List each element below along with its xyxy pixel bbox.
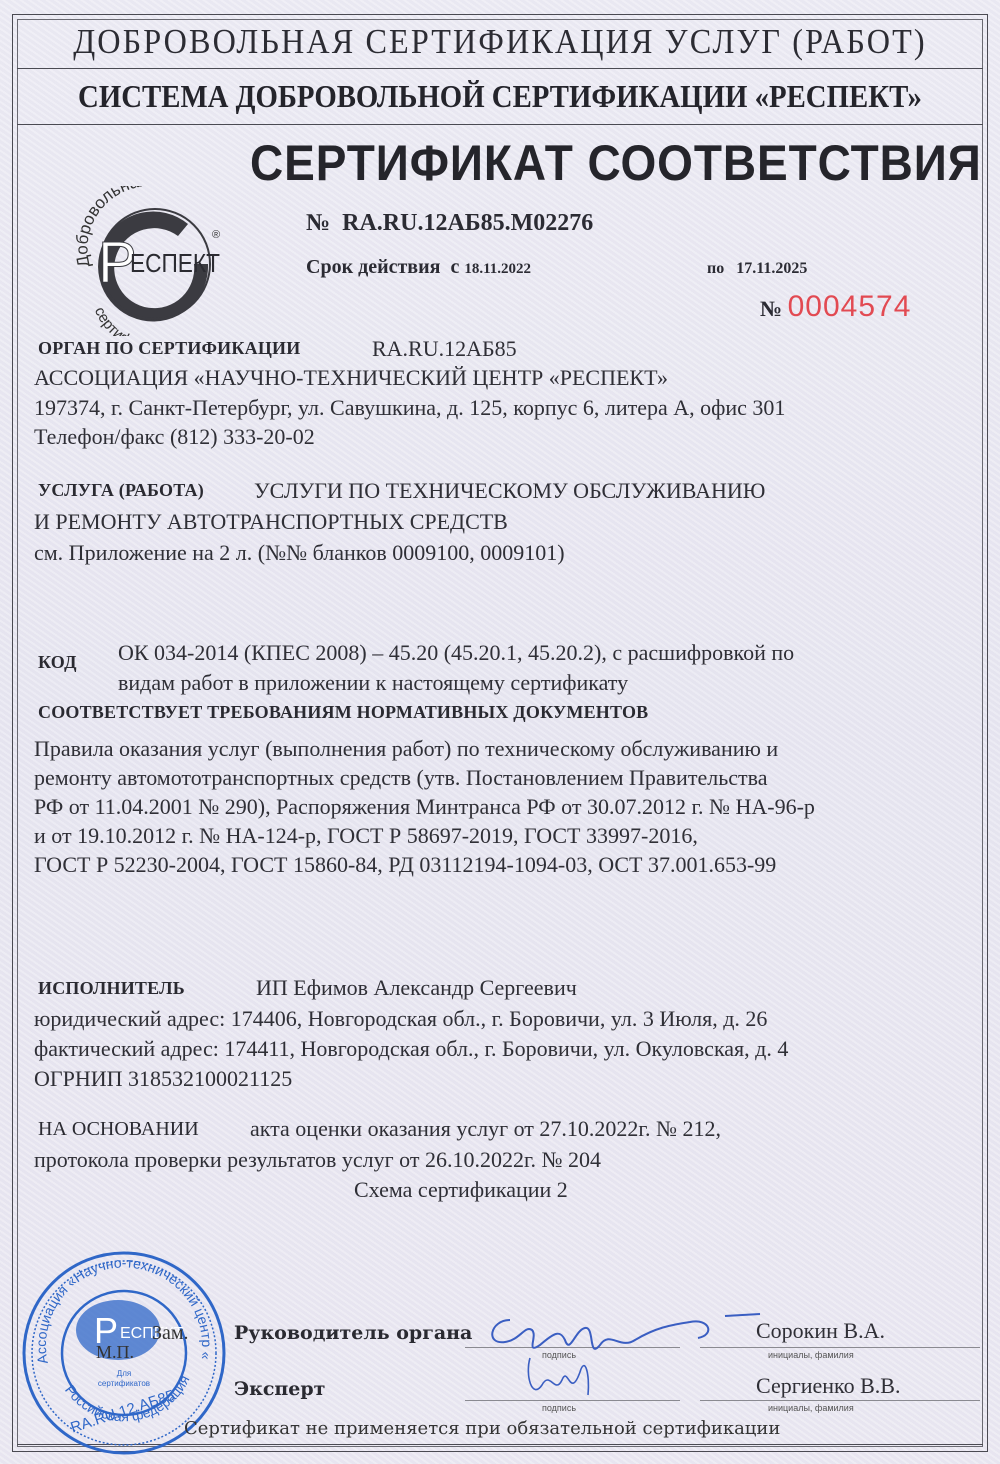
validity-label: Срок действия xyxy=(306,256,440,278)
certificate-sheet: ДОБРОВОЛЬНАЯ СЕРТИФИКАЦИЯ УСЛУГ (РАБОТ) … xyxy=(0,0,1000,1464)
valid-from-date: 18.11.2022 xyxy=(464,261,531,277)
certification-scheme: Схема сертификации 2 xyxy=(354,1177,568,1203)
certificate-number: № RA.RU.12АБ85.М02276 xyxy=(306,210,593,237)
certificate-number-value: RA.RU.12АБ85.М02276 xyxy=(342,210,593,236)
conformity-line: Правила оказания услуг (выполнения работ… xyxy=(34,736,778,762)
organ-code: RA.RU.12АБ85 xyxy=(372,336,517,362)
header-divider-1 xyxy=(17,68,983,69)
respekt-logo-icon: Добровольная сертификация Р ЕСПЕКТ ® xyxy=(70,186,240,336)
service-line-2: И РЕМОНТУ АВТОТРАНСПОРТНЫХ СРЕДСТВ xyxy=(34,509,508,535)
valid-to: по 17.11.2025 xyxy=(707,260,807,278)
header-line-1: ДОБРОВОЛЬНАЯ СЕРТИФИКАЦИЯ УСЛУГ (РАБОТ) xyxy=(40,22,960,62)
executor-ogrnip: ОГРНИП 318532100021125 xyxy=(34,1066,292,1092)
executor-actual-address: фактический адрес: 174411, Новгородская … xyxy=(34,1036,788,1062)
service-line-1: УСЛУГИ ПО ТЕХНИЧЕСКОМУ ОБСЛУЖИВАНИЮ xyxy=(254,478,765,504)
deputy-label: Зам. xyxy=(152,1322,189,1345)
conformity-line: РФ от 11.04.2001 № 290), Распоряжения Ми… xyxy=(34,794,815,820)
logo-registered: ® xyxy=(212,229,220,241)
conformity-line: ГОСТ Р 52230-2004, ГОСТ 15860-84, РД 031… xyxy=(34,852,776,878)
organ-phone: Телефон/факс (812) 333-20-02 xyxy=(34,424,315,450)
blank-number: № 0004574 xyxy=(760,290,911,324)
code-line-1: ОК 034-2014 (КПЕС 2008) – 45.20 (45.20.1… xyxy=(118,640,794,666)
seal-place-label: М.П. xyxy=(96,1342,134,1363)
expert-name: Сергиенко В.В. xyxy=(756,1373,900,1399)
conformity-line: ремонту автомототранспортных средств (ут… xyxy=(34,765,767,791)
stamp-for-certs-1: Для xyxy=(117,1369,131,1378)
organ-label: ОРГАН ПО СЕРТИФИКАЦИИ xyxy=(38,338,300,359)
footer-note: Сертификат не применяется при обязательн… xyxy=(184,1418,780,1439)
code-line-2: видам работ в приложении к настоящему се… xyxy=(118,670,628,696)
expert-label: Эксперт xyxy=(234,1378,325,1400)
blank-number-value: 0004574 xyxy=(788,290,912,323)
head-name: Сорокин В.А. xyxy=(756,1318,885,1344)
name-caption: инициалы, фамилия xyxy=(768,1350,854,1360)
conformity-line: и от 19.10.2012 г. № НА-124-р, ГОСТ Р 58… xyxy=(34,823,698,849)
name-caption: инициалы, фамилия xyxy=(768,1403,854,1413)
conformity-label: СООТВЕТСТВУЕТ ТРЕБОВАНИЯМ НОРМАТИВНЫХ ДО… xyxy=(38,702,648,723)
organ-address: 197374, г. Санкт-Петербург, ул. Савушкин… xyxy=(34,395,785,421)
executor-label: ИСПОЛНИТЕЛЬ xyxy=(38,978,185,999)
header-divider-2 xyxy=(17,124,983,125)
valid-to-date: 17.11.2025 xyxy=(736,260,807,277)
organ-name: АССОЦИАЦИЯ «НАУЧНО-ТЕХНИЧЕСКИЙ ЦЕНТР «РЕ… xyxy=(34,365,668,391)
basis-line-2: протокола проверки результатов услуг от … xyxy=(34,1147,601,1173)
basis-line-1: акта оценки оказания услуг от 27.10.2022… xyxy=(250,1116,721,1142)
basis-label: НА ОСНОВАНИИ xyxy=(38,1118,199,1141)
document-title: СЕРТИФИКАТ СООТВЕТСТВИЯ xyxy=(250,134,982,192)
service-label: УСЛУГА (РАБОТА) xyxy=(38,480,204,501)
logo-word: ЕСПЕКТ xyxy=(130,248,220,278)
code-label: КОД xyxy=(38,652,77,673)
stamp-for-certs-2: сертификатов xyxy=(98,1379,150,1388)
service-appendix: см. Приложение на 2 л. (№№ бланков 00091… xyxy=(34,540,565,566)
executor-name: ИП Ефимов Александр Сергеевич xyxy=(256,975,577,1001)
validity-period: Срок действия с 18.11.2022 xyxy=(306,256,531,279)
header-line-2: СИСТЕМА ДОБРОВОЛЬНОЙ СЕРТИФИКАЦИИ «РЕСПЕ… xyxy=(50,78,950,115)
executor-legal-address: юридический адрес: 174406, Новгородская … xyxy=(34,1006,767,1032)
handwritten-signature-icon xyxy=(470,1300,770,1410)
head-label: Руководитель органа xyxy=(234,1322,472,1344)
